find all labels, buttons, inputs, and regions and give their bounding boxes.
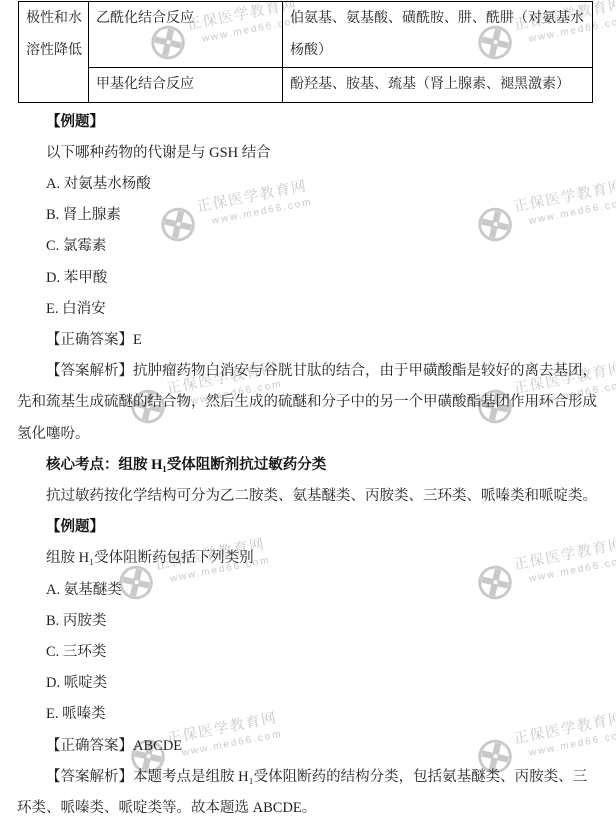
q1-option-d: D. 苯甲酸 bbox=[17, 263, 608, 294]
document-page: 正保医学教育网www.med66.com正保医学教育网www.med66.com… bbox=[0, 0, 616, 819]
q2-option-d: D. 哌啶类 bbox=[17, 668, 608, 699]
table-cell-reaction-2: 甲基化结合反应 bbox=[89, 68, 283, 103]
q2-explanation: 【答案解析】本题考点是组胺 H₁受体阻断药的结构分类，包括氨基醚类、丙胺类、三 … bbox=[17, 762, 608, 819]
q2-option-a: A. 氨基醚类 bbox=[17, 575, 608, 606]
key-point-intro: 抗过敏药按化学结构可分为乙二胺类、氨基醚类、丙胺类、三环类、哌嗪类和哌啶类。 bbox=[17, 481, 608, 512]
q1-option-c: C. 氯霉素 bbox=[17, 231, 608, 262]
q1-option-b: B. 肾上腺素 bbox=[17, 200, 608, 231]
q1-option-e: E. 白消安 bbox=[17, 294, 608, 325]
table-cell-groups-2: 酚羟基、胺基、巯基（肾上腺素、褪黑激素） bbox=[283, 68, 593, 103]
q2-option-c: C. 三环类 bbox=[17, 637, 608, 668]
metabolism-table: 极性和水 溶性降低 乙酰化结合反应 伯氨基、氨基酸、磺酰胺、肼、酰肼（对氨基水 … bbox=[18, 1, 593, 103]
q1-explanation: 【答案解析】抗肿瘤药物白消安与谷胱甘肽的结合，由于甲磺酸酯是较好的离去基团， 先… bbox=[17, 356, 608, 450]
paragraph-list: 【例题】以下哪种药物的代谢是与 GSH 结合A. 对氨基水杨酸B. 肾上腺素C.… bbox=[0, 103, 616, 819]
key-point-heading: 核心考点：组胺 H₁受体阻断剂抗过敏药分类 bbox=[17, 450, 608, 481]
table-cell-reaction-1: 乙酰化结合反应 bbox=[89, 2, 283, 68]
q2-correct-answer: 【正确答案】ABCDE bbox=[17, 731, 608, 762]
q1-option-a: A. 对氨基水杨酸 bbox=[17, 169, 608, 200]
q1-correct-answer: 【正确答案】E bbox=[17, 325, 608, 356]
document-content: 极性和水 溶性降低 乙酰化结合反应 伯氨基、氨基酸、磺酰胺、肼、酰肼（对氨基水 … bbox=[0, 1, 616, 819]
table-cell-groups-1: 伯氨基、氨基酸、磺酰胺、肼、酰肼（对氨基水 杨酸） bbox=[283, 2, 593, 68]
example-2-label: 【例题】 bbox=[17, 512, 608, 543]
table-row: 甲基化结合反应 酚羟基、胺基、巯基（肾上腺素、褪黑激素） bbox=[19, 68, 593, 103]
question-2: 组胺 H₁受体阻断药包括下列类别 bbox=[17, 543, 608, 574]
q2-option-b: B. 丙胺类 bbox=[17, 606, 608, 637]
question-1: 以下哪种药物的代谢是与 GSH 结合 bbox=[17, 138, 608, 169]
table-cell-row-header: 极性和水 溶性降低 bbox=[19, 2, 89, 103]
example-1-label: 【例题】 bbox=[17, 107, 608, 138]
q2-option-e: E. 哌嗪类 bbox=[17, 699, 608, 730]
table-row: 极性和水 溶性降低 乙酰化结合反应 伯氨基、氨基酸、磺酰胺、肼、酰肼（对氨基水 … bbox=[19, 2, 593, 68]
